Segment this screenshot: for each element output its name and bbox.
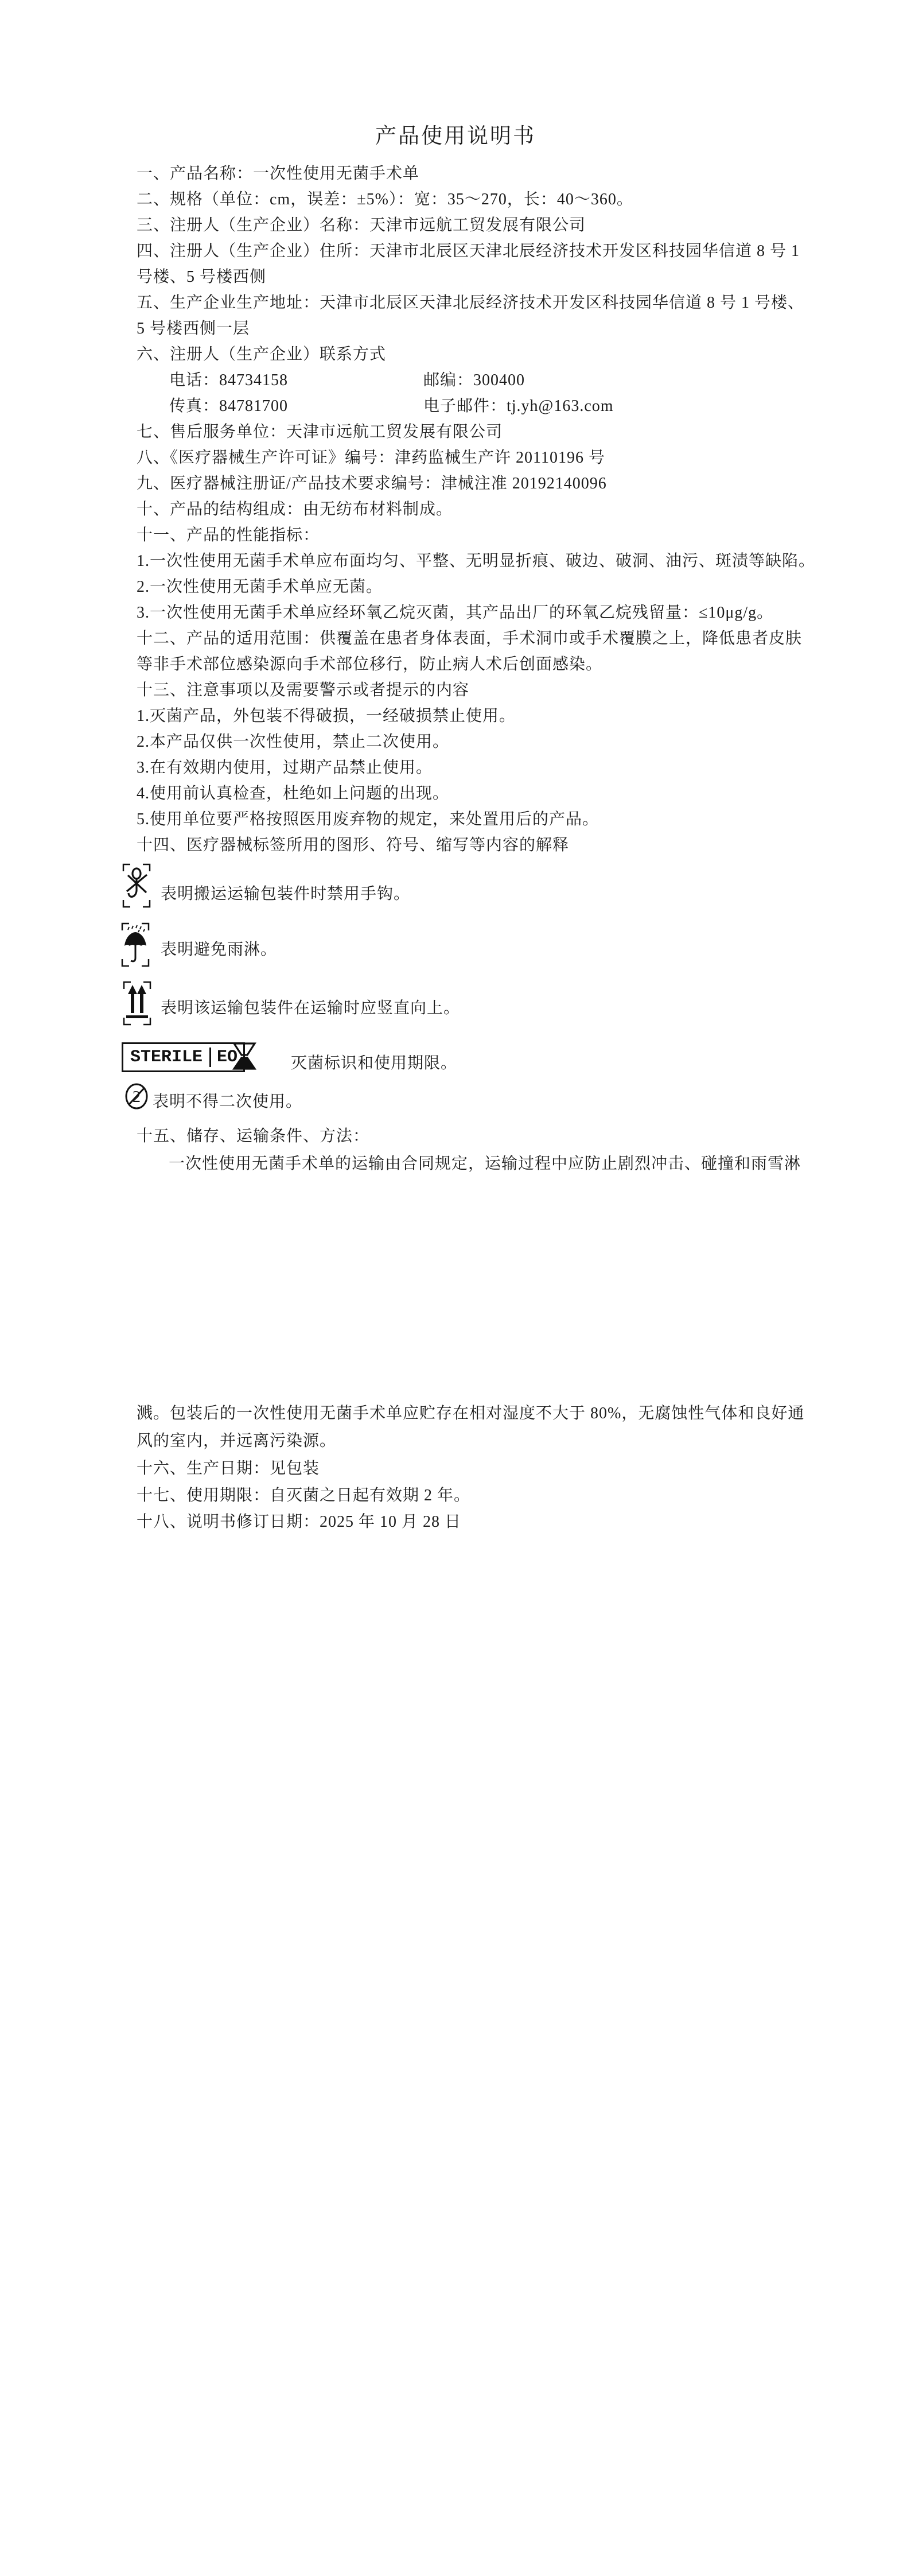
para-storage-heading: 十五、储存、运输条件、方法： (137, 1127, 369, 1146)
note-item-2: 2.本产品仅供一次性使用，禁止二次使用。 (137, 733, 449, 751)
note-item-5: 5.使用单位要严格按照医用废弃物的规定，来处置用后的产品。 (137, 810, 599, 829)
para-registrant-name: 三、注册人（生产企业）名称：天津市远航工贸发展有限公司 (137, 216, 586, 235)
para-expiry: 十七、使用期限：自灭菌之日起有效期 2 年。 (137, 1487, 470, 1505)
no-hand-hooks-caption: 表明搬运运输包装件时禁用手钩。 (161, 885, 410, 903)
keep-dry-umbrella-icon (120, 922, 150, 968)
sterile-label: STERILE (123, 1048, 209, 1067)
para-production-address: 五、生产企业生产地址：天津市北辰区天津北辰经济技术开发区科技园华信道 8 号 1… (137, 294, 804, 312)
perf-item-1: 1.一次性使用无菌手术单应布面均匀、平整、无明显折痕、破边、破洞、油污、斑渍等缺… (137, 552, 815, 571)
page-title: 产品使用说明书 (0, 118, 911, 149)
contact-email: 电子邮件：tj.yh@163.com (423, 397, 614, 416)
document-page: 产品使用说明书 一、产品名称：一次性使用无菌手术单 二、规格（单位：cm，误差：… (0, 0, 911, 2576)
para-symbols-heading: 十四、医疗器械标签所用的图形、符号、缩写等内容的解释 (137, 836, 569, 855)
perf-item-2: 2.一次性使用无菌手术单应无菌。 (137, 578, 383, 596)
keep-dry-caption: 表明避免雨淋。 (161, 941, 277, 959)
note-item-1: 1.灭菌产品，外包装不得破损，一经破损禁止使用。 (137, 707, 516, 726)
para-registrant-address-cont: 号楼、5 号楼西侧 (137, 268, 266, 286)
para-structure: 十、产品的结构组成：由无纺布材料制成。 (137, 501, 453, 519)
para-spec: 二、规格（单位：cm，误差：±5%）：宽：35～270，长：40～360。 (137, 191, 633, 209)
contact-fax: 传真：84781700 (169, 397, 288, 415)
para-scope: 十二、产品的适用范围：供覆盖在患者身体表面，手术洞巾或手术覆膜之上，降低患者皮肤 (137, 630, 802, 648)
no-hand-hooks-icon (122, 863, 151, 909)
para-scope-cont: 等非手术部位感染源向手术部位移行，防止病人术后创面感染。 (137, 655, 602, 674)
para-production-license: 八、《医疗器械生产许可证》编号：津药监械生产许 20110196 号 (137, 449, 605, 467)
para-after-sales: 七、售后服务单位：天津市远航工贸发展有限公司 (137, 423, 503, 441)
contact-row-1: 电话：84734158 邮编：300400 (169, 371, 288, 390)
para-production-date: 十六、生产日期：见包装 (137, 1460, 320, 1478)
do-not-reuse-caption: 表明不得二次使用。 (153, 1093, 302, 1111)
para-registrant-address: 四、注册人（生产企业）住所：天津市北辰区天津北辰经济技术开发区科技园华信道 8 … (137, 242, 800, 261)
storage-transport-line: 一次性使用无菌手术单的运输由合同规定，运输过程中应防止剧烈冲击、碰撞和雨雪淋 (169, 1155, 801, 1173)
do-not-reuse-icon: 2 (124, 1083, 149, 1110)
para-revision-date: 十八、说明书修订日期：2025 年 10 月 28 日 (137, 1513, 461, 1531)
note-item-4: 4.使用前认真检查，杜绝如上问题的出现。 (137, 785, 449, 803)
this-way-up-icon (122, 980, 152, 1026)
para-contact-heading: 六、注册人（生产企业）联系方式 (137, 346, 386, 364)
para-product-name: 一、产品名称：一次性使用无菌手术单 (137, 165, 419, 183)
contact-row-2: 传真：84781700 电子邮件：tj.yh@163.com (169, 397, 288, 416)
para-notes-heading: 十三、注意事项以及需要警示或者提示的内容 (137, 681, 469, 700)
perf-item-3: 3.一次性使用无菌手术单应经环氧乙烷灭菌，其产品出厂的环氧乙烷残留量：≤10μg… (137, 604, 773, 622)
para-registration-cert: 九、医疗器械注册证/产品技术要求编号：津械注准 20192140096 (137, 475, 607, 493)
para-performance-heading: 十一、产品的性能指标： (137, 526, 320, 545)
note-item-3: 3.在有效期内使用，过期产品禁止使用。 (137, 759, 433, 777)
this-way-up-caption: 表明该运输包装件在运输时应竖直向上。 (161, 999, 460, 1018)
storage-cont-line-2: 风的室内，并远离污染源。 (137, 1432, 336, 1450)
para-production-address-cont: 5 号楼西侧一层 (137, 320, 250, 338)
hourglass-icon (231, 1041, 258, 1071)
contact-phone: 电话：84734158 (169, 371, 288, 389)
sterile-caption: 灭菌标识和使用期限。 (291, 1054, 457, 1073)
storage-cont-line-1: 溅。包装后的一次性使用无菌手术单应贮存在相对湿度不大于 80%，无腐蚀性气体和良… (137, 1405, 804, 1423)
contact-postcode: 邮编：300400 (423, 371, 525, 390)
sterile-eo-badge: STERILE EO (122, 1042, 245, 1072)
